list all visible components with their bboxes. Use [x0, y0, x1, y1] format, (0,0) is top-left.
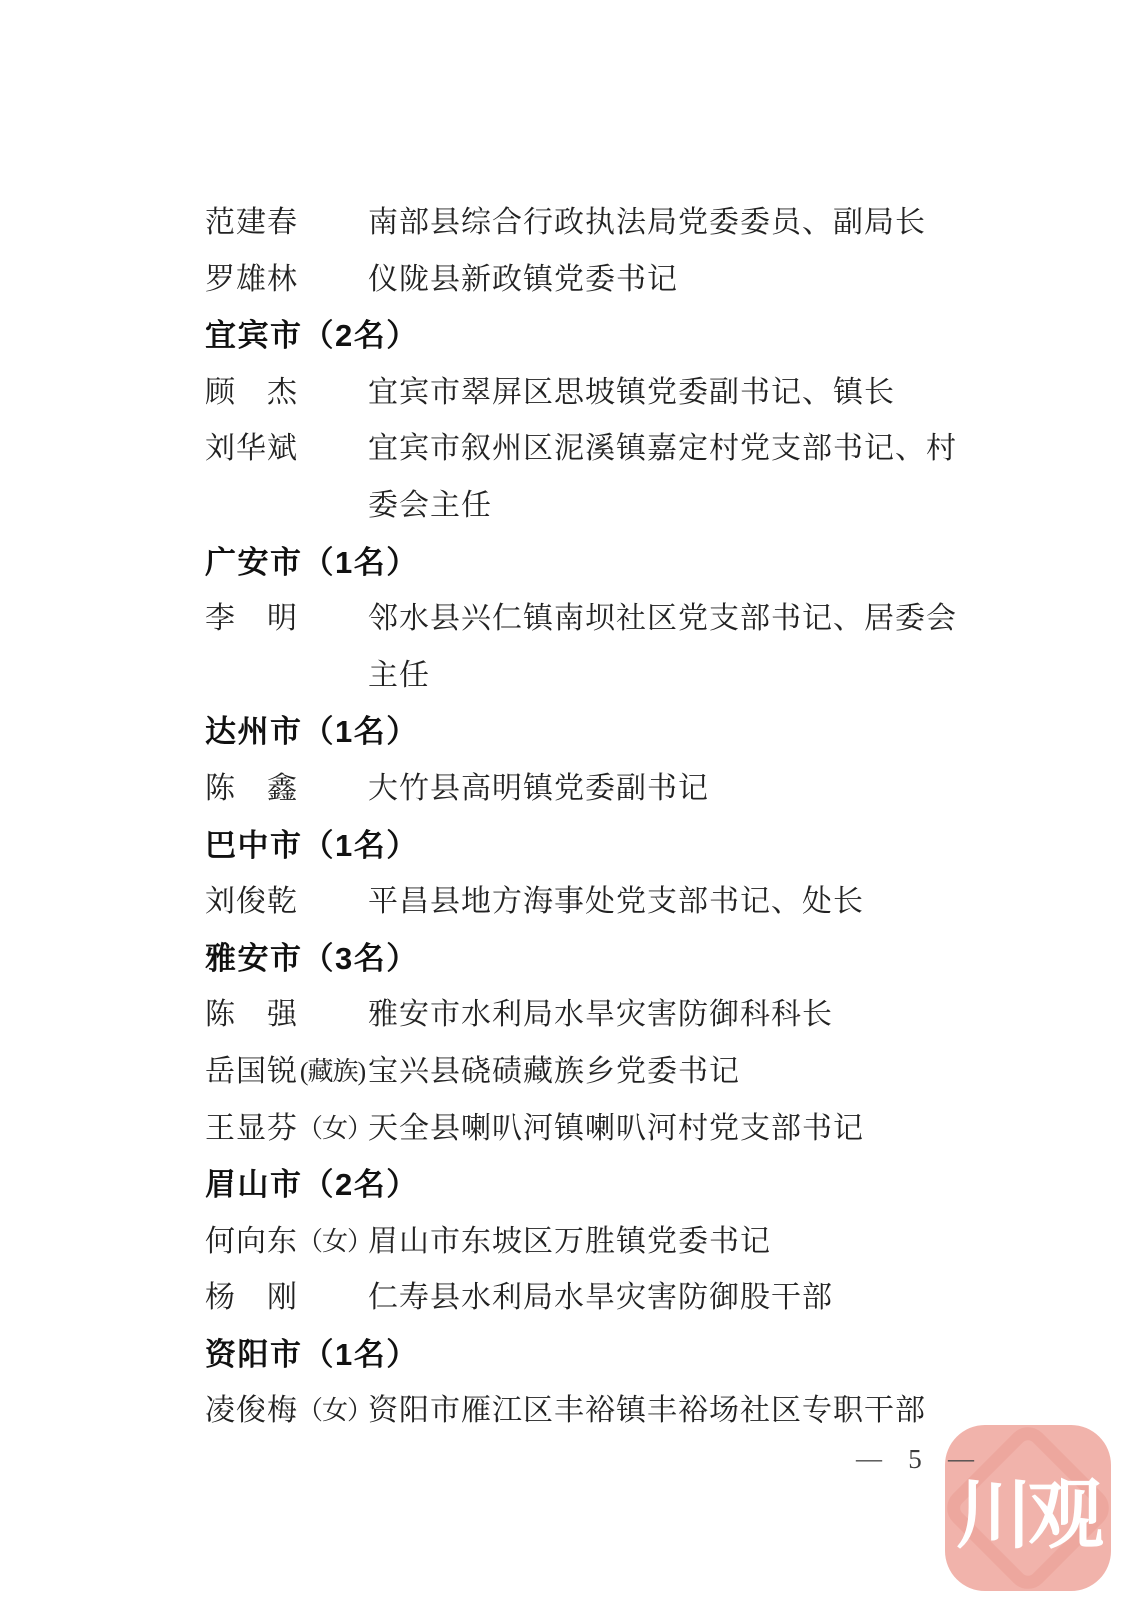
person-row: 刘俊乾 平昌县地方海事处党支部书记、处长	[205, 874, 980, 931]
person-position: 宜宾市叙州区泥溪镇嘉定村党支部书记、村	[368, 421, 980, 478]
page-footer: — 5 —	[856, 1441, 974, 1477]
person-name: 何向东	[205, 1214, 297, 1271]
person-name: 顾杰	[205, 365, 297, 422]
person-position: 眉山市东坡区万胜镇党委书记	[368, 1214, 980, 1271]
person-position: 雅安市水利局水旱灾害防御科科长	[368, 987, 980, 1044]
person-annotation	[297, 874, 368, 931]
person-row: 王显芬 （女） 天全县喇叭河镇喇叭河村党支部书记	[205, 1101, 980, 1158]
person-position: 资阳市雁江区丰裕镇丰裕场社区专职干部	[368, 1383, 980, 1440]
person-name: 凌俊梅	[205, 1383, 297, 1440]
person-name: 杨刚	[205, 1270, 297, 1327]
person-name: 李明	[205, 591, 297, 648]
page-number-dash-left: —	[856, 1446, 882, 1472]
city-section-header: 达州市（1名）	[205, 704, 980, 761]
person-annotation: （女）	[297, 1214, 368, 1271]
person-annotation	[297, 421, 368, 478]
city-section-header: 资阳市（1名）	[205, 1327, 980, 1384]
person-annotation	[297, 987, 368, 1044]
person-row: 顾杰 宜宾市翠屏区思坡镇党委副书记、镇长	[205, 365, 980, 422]
person-name: 罗雄林	[205, 252, 297, 309]
person-position-wrap: 委会主任	[368, 478, 980, 535]
city-section-header: 雅安市（3名）	[205, 931, 980, 988]
person-name: 王显芬	[205, 1101, 297, 1158]
award-list: 范建春 南部县综合行政执法局党委委员、副局长 罗雄林 仪陇县新政镇党委书记 宜宾…	[205, 195, 980, 1440]
person-name: 岳国锐	[205, 1044, 297, 1101]
person-row: 陈鑫 大竹县高明镇党委副书记	[205, 761, 980, 818]
person-position: 天全县喇叭河镇喇叭河村党支部书记	[368, 1101, 980, 1158]
person-annotation	[297, 195, 368, 252]
city-section-header: 宜宾市（2名）	[205, 308, 980, 365]
person-annotation	[297, 1270, 368, 1327]
person-position: 仁寿县水利局水旱灾害防御股干部	[368, 1270, 980, 1327]
person-position: 平昌县地方海事处党支部书记、处长	[368, 874, 980, 931]
person-row: 杨刚 仁寿县水利局水旱灾害防御股干部	[205, 1270, 980, 1327]
person-annotation	[297, 761, 368, 818]
person-row: 陈强 雅安市水利局水旱灾害防御科科长	[205, 987, 980, 1044]
person-row: 刘华斌 宜宾市叙州区泥溪镇嘉定村党支部书记、村 委会主任	[205, 421, 980, 534]
person-annotation: （女）	[297, 1101, 368, 1158]
person-position: 仪陇县新政镇党委书记	[368, 252, 980, 309]
person-position: 南部县综合行政执法局党委委员、副局长	[368, 195, 980, 252]
person-name: 范建春	[205, 195, 297, 252]
person-row: 罗雄林 仪陇县新政镇党委书记	[205, 252, 980, 309]
person-row: 范建春 南部县综合行政执法局党委委员、副局长	[205, 195, 980, 252]
person-position: 宜宾市翠屏区思坡镇党委副书记、镇长	[368, 365, 980, 422]
city-section-header: 巴中市（1名）	[205, 818, 980, 875]
person-annotation: (藏族)	[297, 1044, 368, 1101]
person-annotation: （女）	[297, 1383, 368, 1440]
document-page: { "document": { "entries": [ {"type":"pe…	[0, 0, 1124, 1600]
person-name: 刘俊乾	[205, 874, 297, 931]
person-position: 宝兴县硗碛藏族乡党委书记	[368, 1044, 980, 1101]
person-row: 何向东 （女） 眉山市东坡区万胜镇党委书记	[205, 1214, 980, 1271]
city-section-header: 广安市（1名）	[205, 535, 980, 592]
person-row: 李明 邻水县兴仁镇南坝社区党支部书记、居委会 主任	[205, 591, 980, 704]
person-name: 刘华斌	[205, 421, 297, 478]
person-annotation	[297, 591, 368, 648]
person-name: 陈强	[205, 987, 297, 1044]
city-section-header: 眉山市（2名）	[205, 1157, 980, 1214]
person-row: 凌俊梅 （女） 资阳市雁江区丰裕镇丰裕场社区专职干部	[205, 1383, 980, 1440]
person-name: 陈鑫	[205, 761, 297, 818]
person-position-wrap: 主任	[368, 648, 980, 705]
person-position: 大竹县高明镇党委副书记	[368, 761, 980, 818]
page-number-dash-right: —	[948, 1446, 974, 1472]
page-number: 5	[908, 1446, 922, 1473]
person-annotation	[297, 252, 368, 309]
person-annotation	[297, 365, 368, 422]
person-position: 邻水县兴仁镇南坝社区党支部书记、居委会	[368, 591, 980, 648]
person-row: 岳国锐 (藏族) 宝兴县硗碛藏族乡党委书记	[205, 1044, 980, 1101]
